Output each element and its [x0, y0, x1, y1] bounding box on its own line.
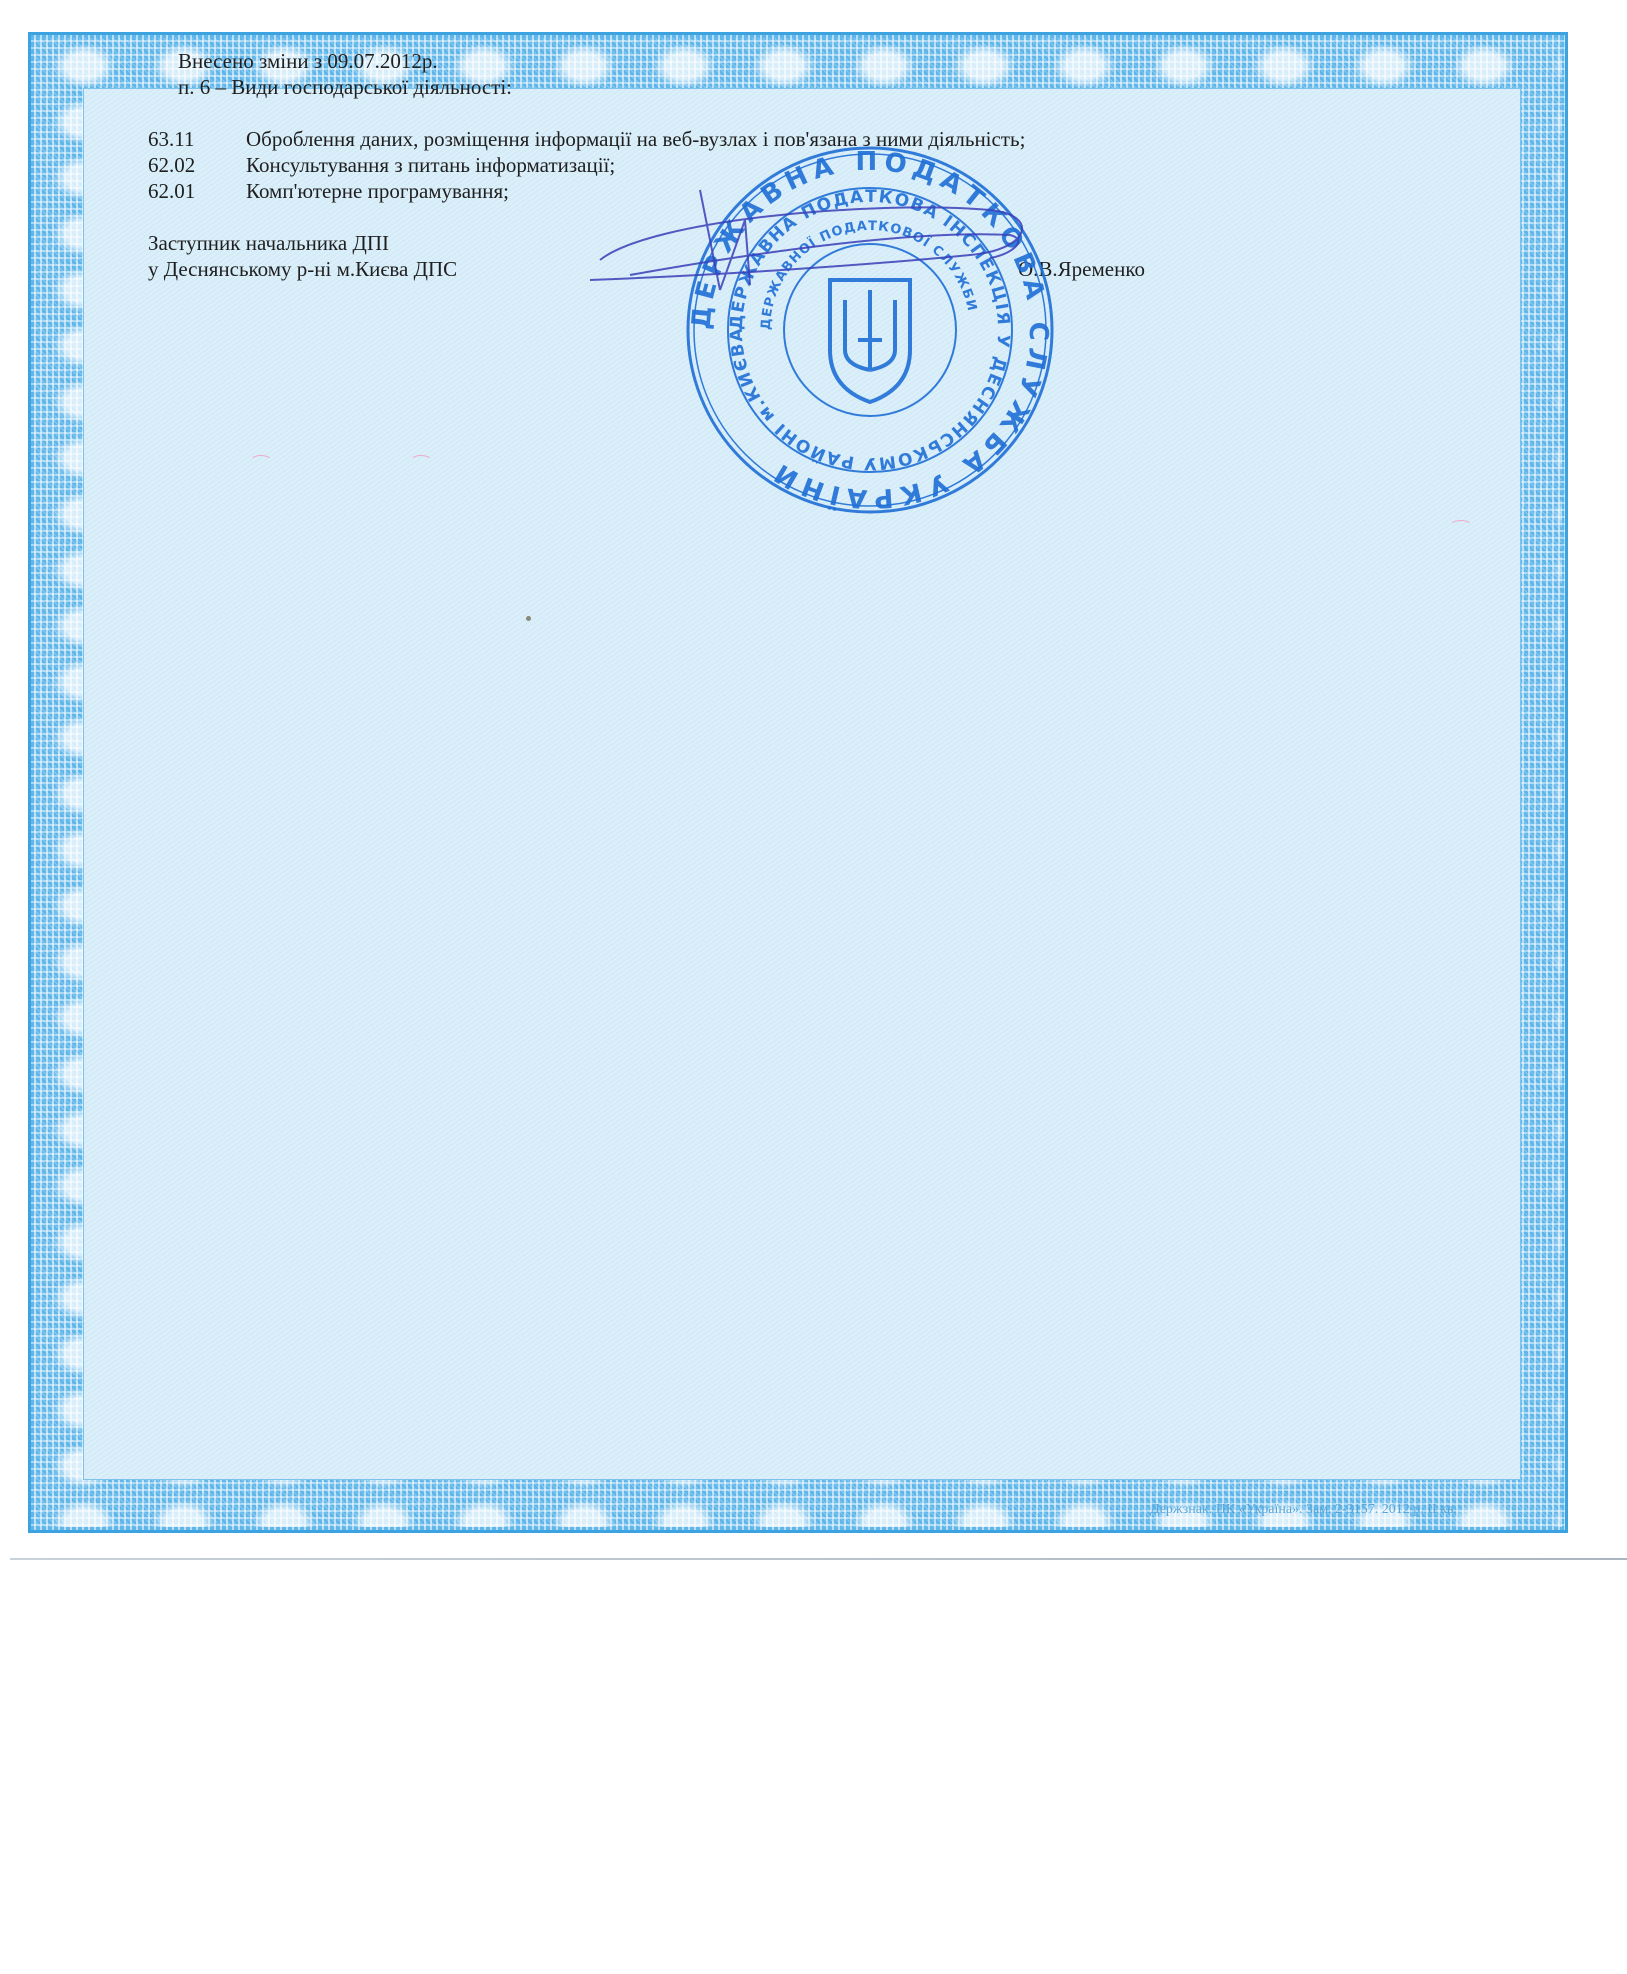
activity-code: 63.11: [148, 126, 246, 152]
activities-section-line: п. 6 – Види господарської діяльності:: [178, 74, 512, 100]
paper-fibre: [410, 455, 432, 467]
paper-fibre: [250, 455, 272, 467]
paper-edge-shadow: [10, 1558, 1627, 1560]
paper-fibre: [1450, 520, 1472, 532]
activity-description: Комп'ютерне програмування;: [246, 178, 509, 204]
handwritten-signature: [570, 180, 1070, 300]
signer-title-line2: у Деснянському р-ні м.Києва ДПС: [148, 256, 457, 282]
amendment-header: Внесено зміни з 09.07.2012р. п. 6 – Види…: [178, 48, 512, 100]
paper-speck: [526, 616, 531, 621]
signer-title-line1: Заступник начальника ДПІ: [148, 230, 457, 256]
signer-title: Заступник начальника ДПІ у Деснянському …: [148, 230, 457, 282]
activity-code: 62.02: [148, 152, 246, 178]
changes-date-line: Внесено зміни з 09.07.2012р.: [178, 48, 512, 74]
activity-code: 62.01: [148, 178, 246, 204]
activity-description: Консультування з питань інформатизації;: [246, 152, 615, 178]
printer-imprint: Держзнак. ПК «Україна». Зам. 2-3157. 201…: [1150, 1502, 1457, 1518]
